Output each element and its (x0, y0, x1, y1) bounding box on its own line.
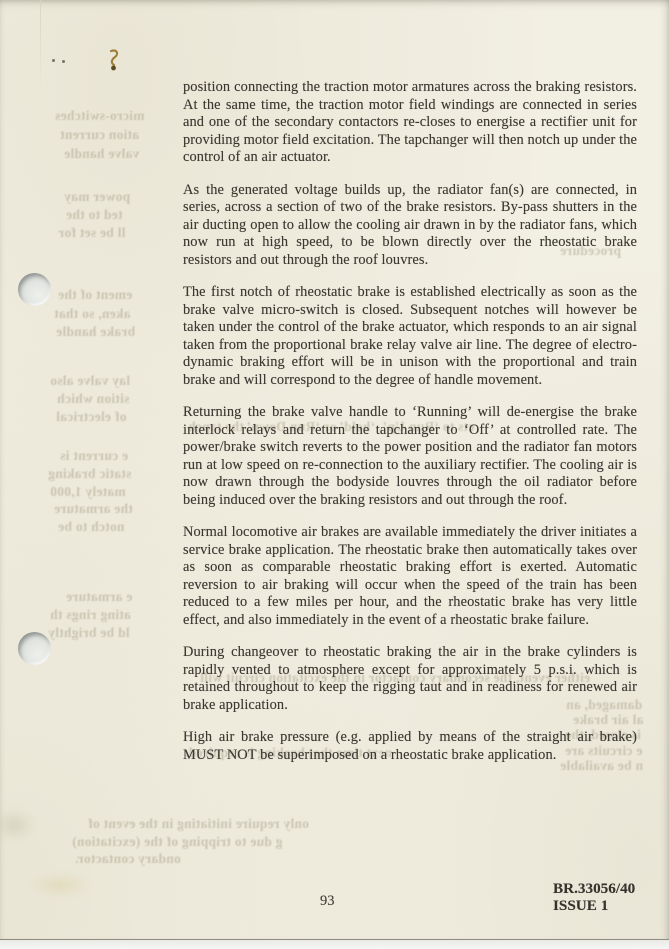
paragraph-7: High air brake pressure (e.g. applied by… (183, 729, 637, 764)
paragraph-1: position connecting the traction motor a… (183, 79, 637, 167)
ghost-line: notch to be (58, 519, 125, 535)
paragraph-5: Normal locomotive air brakes are availab… (183, 524, 637, 629)
ghost-line: aken, so that (54, 306, 130, 322)
paragraph-6: During changeover to rheostatic braking … (183, 644, 637, 714)
document-reference: BR.33056/40 ISSUE 1 (553, 881, 635, 914)
paper-stain (0, 808, 36, 842)
ghost-line: ted to the (66, 207, 123, 223)
ghost-line: static braking (48, 466, 131, 482)
paper-crease (40, 0, 41, 88)
ghost-line: mately 1,000 (50, 484, 126, 500)
punch-hole-top (18, 273, 51, 306)
paragraph-2: As the generated voltage builds up, the … (183, 182, 637, 270)
ghost-line: power may (64, 189, 130, 205)
punch-hole-bottom (18, 632, 51, 665)
issue-label: ISSUE 1 (553, 898, 635, 915)
ghost-line: ating rings th (50, 607, 131, 623)
page-bottom-edge (0, 940, 669, 949)
paper-stain (28, 872, 92, 898)
doc-ref-number: BR.33056/40 (553, 881, 635, 898)
pen-squiggle-icon (106, 48, 122, 74)
scanned-page: micro-switchesation currentvalve handlep… (0, 0, 669, 940)
ghost-line: e armature (66, 589, 132, 605)
ghost-line: e current is (60, 448, 128, 464)
ghost-line: of electrical (56, 409, 126, 425)
ghost-line: ation current (60, 127, 139, 143)
ghost-line: ondary contactor. (75, 851, 181, 867)
paragraph-3: The first notch of rheostatic brake is e… (183, 284, 637, 389)
ghost-line: the armature (54, 501, 133, 517)
ghost-line: micro-switches (55, 108, 144, 124)
ghost-line: ll be set for (58, 225, 126, 241)
ghost-line: lay valve also (50, 373, 130, 389)
ghost-line: g due to tripping of the (excitation) (72, 834, 282, 850)
ghost-line: brake handle (56, 324, 135, 340)
ink-dot (62, 60, 65, 63)
ghost-line: valve handle (64, 146, 139, 162)
ghost-line: ement of the (58, 287, 132, 303)
ink-dot (52, 59, 55, 62)
ghost-line: sition which (57, 391, 129, 407)
paragraph-4: Returning the brake valve handle to ‘Run… (183, 404, 637, 509)
ghost-line: ld be brightly (48, 625, 130, 641)
page-text-column: position connecting the traction motor a… (183, 79, 637, 779)
pen-mark (106, 48, 122, 79)
ghost-line: only require initiating in the event of (88, 816, 309, 832)
page-number: 93 (320, 893, 335, 910)
